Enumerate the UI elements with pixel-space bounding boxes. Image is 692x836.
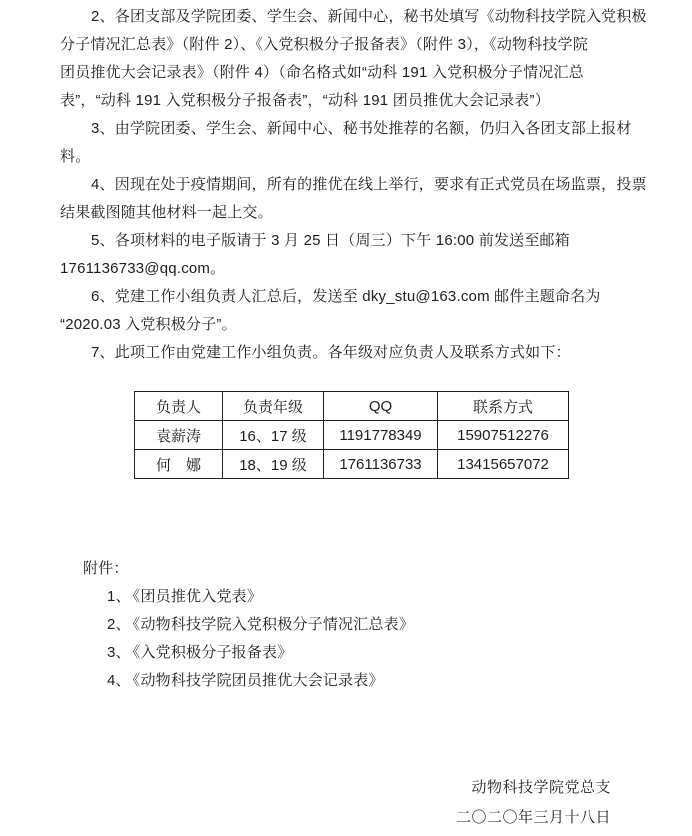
paragraph-line: 1761136733@qq.com。 xyxy=(60,255,640,283)
paragraph-line: 2、各团支部及学院团委、学生会、新闻中心，秘书处填写《动物科技学院入党积极 xyxy=(60,3,640,31)
document-page: 2、各团支部及学院团委、学生会、新闻中心，秘书处填写《动物科技学院入党积极 分子… xyxy=(0,0,692,836)
paragraph-item-3: 3、由学院团委、学生会、新闻中心、秘书处推荐的名额，仍归入各团支部上报材 料。 xyxy=(60,115,640,171)
table-header-cell-qq: QQ xyxy=(324,392,438,421)
table-cell-grade: 18、19 级 xyxy=(223,450,324,479)
table-header-cell-phone: 联系方式 xyxy=(438,392,569,421)
table-row: 何 娜 18、19 级 1761136733 13415657072 xyxy=(135,450,569,479)
paragraph-item-7: 7、此项工作由党建工作小组负责。各年级对应负责人及联系方式如下： xyxy=(60,339,640,367)
signature-date: 二〇二〇年三月十八日 xyxy=(60,803,611,833)
paragraph-item-4: 4、因现在处于疫情期间，所有的推优在线上举行，要求有正式党员在场监票，投票 结果… xyxy=(60,171,640,227)
table-cell-grade: 16、17 级 xyxy=(223,421,324,450)
paragraph-line: 表”，“动科 191 入党积极分子报备表”，“动科 191 团员推优大会记录表”… xyxy=(60,87,640,115)
paragraph-line: 团员推优大会记录表》（附件 4）（命名格式如“动科 191 入党积极分子情况汇总 xyxy=(60,59,640,87)
paragraph-line: 结果截图随其他材料一起上交。 xyxy=(60,199,640,227)
table-header-row: 负责人 负责年级 QQ 联系方式 xyxy=(135,392,569,421)
table-cell-name: 袁薪涛 xyxy=(135,421,223,450)
document-content: 2、各团支部及学院团委、学生会、新闻中心，秘书处填写《动物科技学院入党积极 分子… xyxy=(60,3,640,833)
paragraph-line: 料。 xyxy=(60,143,640,171)
paragraph-line: 5、各项材料的电子版请于 3 月 25 日（周三）下午 16:00 前发送至邮箱 xyxy=(60,227,640,255)
attachment-title: 《团员推优入党表》 xyxy=(133,588,262,605)
attachment-item: 2、《动物科技学院入党积极分子情况汇总表》 xyxy=(60,611,640,639)
table-cell-phone: 13415657072 xyxy=(438,450,569,479)
signature-block: 动物科技学院党总支 二〇二〇年三月十八日 xyxy=(60,773,640,833)
attachments-section: 附件： 1、《团员推优入党表》 2、《动物科技学院入党积极分子情况汇总表》 3、… xyxy=(60,555,640,695)
attachment-item: 3、《入党积极分子报备表》 xyxy=(60,639,640,667)
attachment-item: 4、《动物科技学院团员推优大会记录表》 xyxy=(60,667,640,695)
table-cell-qq: 1191778349 xyxy=(324,421,438,450)
attachment-number: 3、 xyxy=(107,644,131,661)
attachment-number: 2、 xyxy=(107,616,131,633)
paragraph-line: 4、因现在处于疫情期间，所有的推优在线上举行，要求有正式党员在场监票，投票 xyxy=(60,171,640,199)
attachment-title: 《动物科技学院入党积极分子情况汇总表》 xyxy=(133,616,414,633)
paragraph-item-2: 2、各团支部及学院团委、学生会、新闻中心，秘书处填写《动物科技学院入党积极 分子… xyxy=(60,3,640,115)
table-cell-name: 何 娜 xyxy=(135,450,223,479)
paragraph-line: 6、党建工作小组负责人汇总后，发送至 dky_stu@163.com 邮件主题命… xyxy=(60,283,640,311)
paragraph-item-5: 5、各项材料的电子版请于 3 月 25 日（周三）下午 16:00 前发送至邮箱… xyxy=(60,227,640,283)
paragraph-item-6: 6、党建工作小组负责人汇总后，发送至 dky_stu@163.com 邮件主题命… xyxy=(60,283,640,339)
paragraph-line: 7、此项工作由党建工作小组负责。各年级对应负责人及联系方式如下： xyxy=(60,339,640,367)
attachment-title: 《入党积极分子报备表》 xyxy=(133,644,293,661)
paragraph-line: 分子情况汇总表》（附件 2）、《入党积极分子报备表》（附件 3），《动物科技学院 xyxy=(60,31,640,59)
contacts-table: 负责人 负责年级 QQ 联系方式 袁薪涛 16、17 级 1191778349 … xyxy=(134,391,569,479)
signature-org: 动物科技学院党总支 xyxy=(60,773,611,803)
paragraph-line: “2020.03 入党积极分子”。 xyxy=(60,311,640,339)
attachment-item: 1、《团员推优入党表》 xyxy=(60,583,640,611)
table-cell-phone: 15907512276 xyxy=(438,421,569,450)
table-header-cell-grade: 负责年级 xyxy=(223,392,324,421)
attachment-title: 《动物科技学院团员推优大会记录表》 xyxy=(133,672,384,689)
table-header-cell-name: 负责人 xyxy=(135,392,223,421)
table-cell-qq: 1761136733 xyxy=(324,450,438,479)
paragraph-line: 3、由学院团委、学生会、新闻中心、秘书处推荐的名额，仍归入各团支部上报材 xyxy=(60,115,640,143)
attachment-number: 4、 xyxy=(107,672,131,689)
attachments-label: 附件： xyxy=(60,555,640,583)
attachment-number: 1、 xyxy=(107,588,131,605)
table-row: 袁薪涛 16、17 级 1191778349 15907512276 xyxy=(135,421,569,450)
